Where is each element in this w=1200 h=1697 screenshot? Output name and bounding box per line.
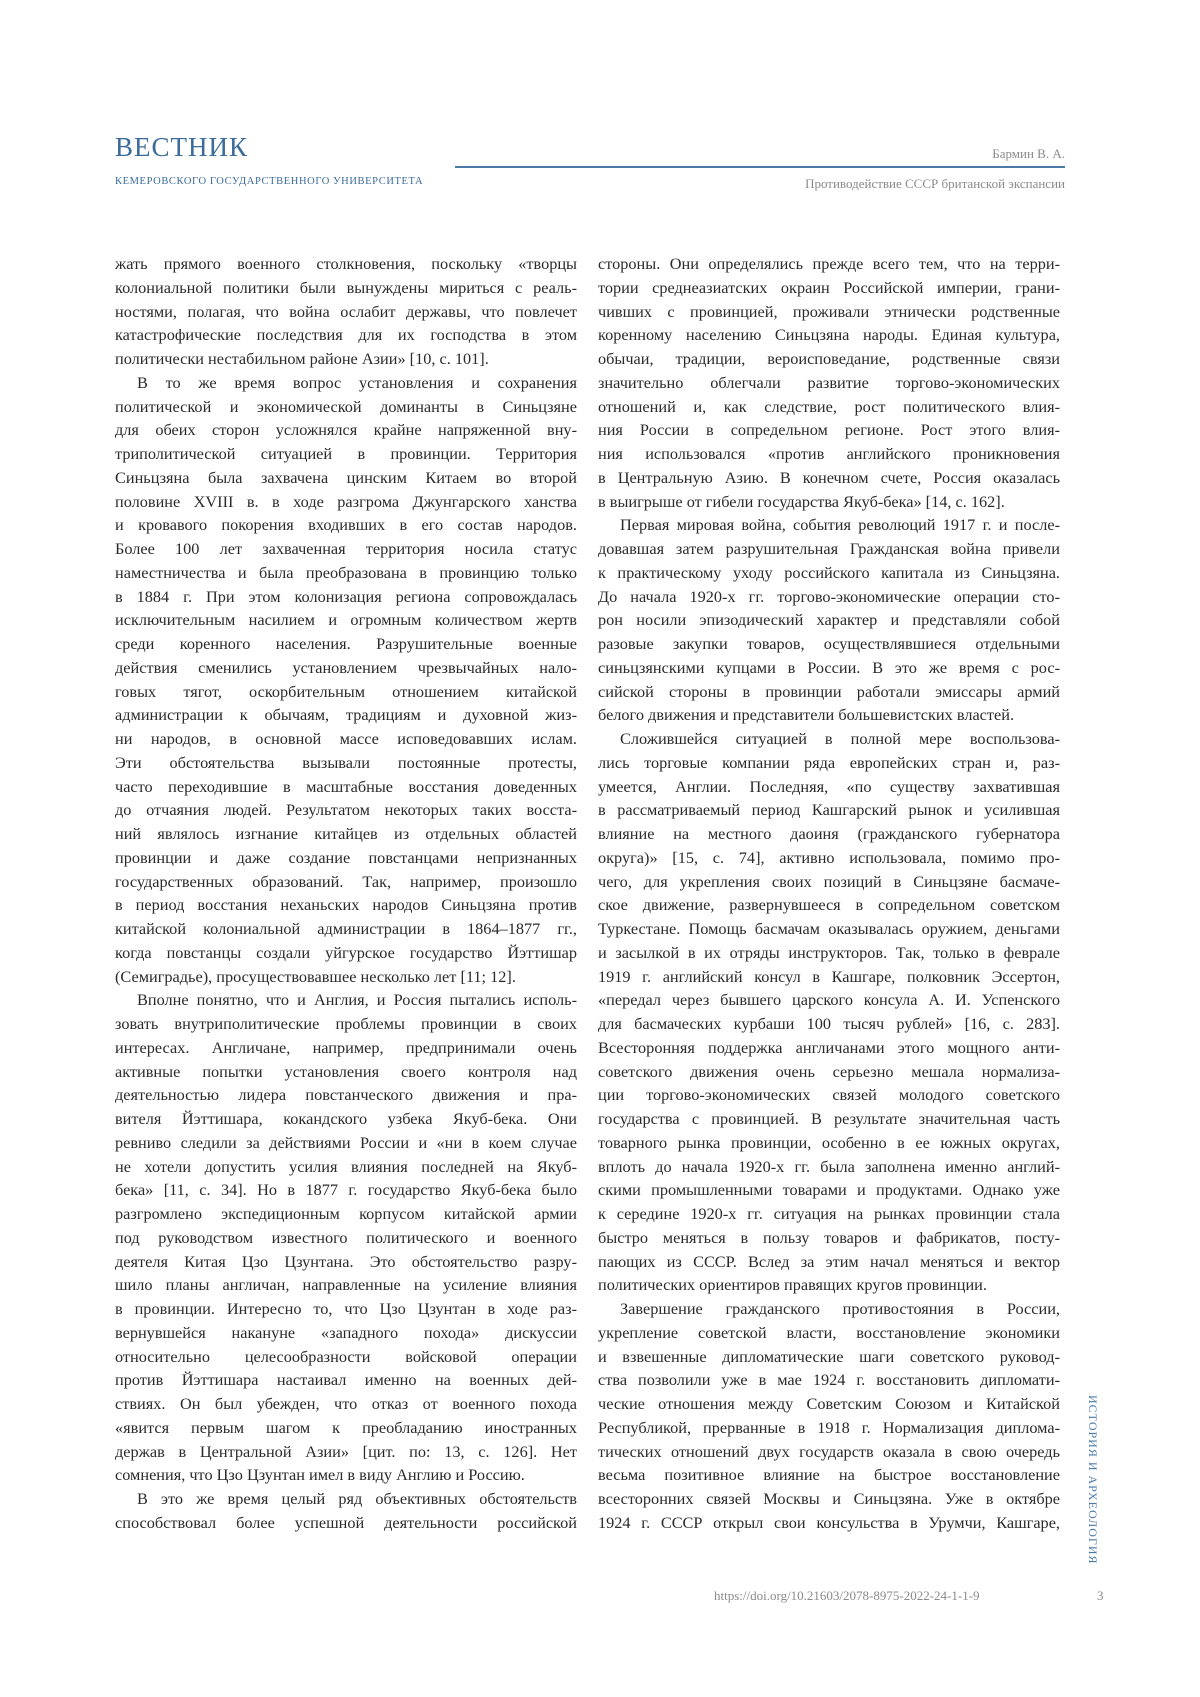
text-line: округа)» [15, с. 74], активно использова… xyxy=(598,846,1060,870)
text-line: быстро меняться в пользу товаров и фабри… xyxy=(598,1226,1060,1250)
header-divider xyxy=(455,166,1065,168)
text-line: Республикой, прерванные в 1918 г. Нормал… xyxy=(598,1416,1060,1440)
text-line: сомнения, что Цзо Цзунтан имел в виду Ан… xyxy=(115,1463,577,1487)
text-line: коренному населению Синьцзяна народы. Ед… xyxy=(598,323,1060,347)
text-line: триполитической ситуацией в провинции. Т… xyxy=(115,442,577,466)
text-line: сийской стороны в провинции работали эми… xyxy=(598,680,1060,704)
text-line: для обеих сторон усложнялся крайне напря… xyxy=(115,418,577,442)
text-line: влияние на местного даоиня (гражданского… xyxy=(598,822,1060,846)
text-line: среди коренного населения. Разрушительны… xyxy=(115,632,577,656)
text-line: разгромлено экспедиционным корпусом кита… xyxy=(115,1202,577,1226)
text-line: интересах. Англичане, например, предприн… xyxy=(115,1036,577,1060)
text-line: относительно целесообразности войсковой … xyxy=(115,1345,577,1369)
body-column-right: стороны. Они определялись прежде всего т… xyxy=(598,252,1060,1535)
text-line: активные попытки установления своего кон… xyxy=(115,1060,577,1084)
text-line: ревниво следили за действиями России и «… xyxy=(115,1131,577,1155)
text-line: лись торговые компании ряда европейских … xyxy=(598,751,1060,775)
text-line: колониальной политики были вынуждены мир… xyxy=(115,276,577,300)
text-line: исключительным насилием и огромным колич… xyxy=(115,608,577,632)
text-line: ствиях. Он был убежден, что отказ от вое… xyxy=(115,1392,577,1416)
text-line: Синьцзяна была захвачена цинским Китаем … xyxy=(115,466,577,490)
running-head-article-title: Противодействие СССР британской экспанси… xyxy=(805,176,1065,192)
text-line: против Йэттишара настаивал именно на вое… xyxy=(115,1368,577,1392)
text-line: и засылкой в их отряды инструкторов. Так… xyxy=(598,941,1060,965)
text-line: в провинции. Интересно то, что Цзо Цзунт… xyxy=(115,1297,577,1321)
text-line: ностями, полагая, что война ослабит держ… xyxy=(115,300,577,324)
text-line: «передал через бывшего царского консула … xyxy=(598,988,1060,1012)
text-line: (Семиградье), просуществовавшее нескольк… xyxy=(115,965,577,989)
text-line: политической и экономической доминанты в… xyxy=(115,395,577,419)
text-line: 1919 г. английский консул в Кашгаре, пол… xyxy=(598,965,1060,989)
text-line: и взвешенные дипломатические шаги советс… xyxy=(598,1345,1060,1369)
text-line: вплоть до начала 1920-х гг. была заполне… xyxy=(598,1155,1060,1179)
text-line: значительно облегчали развитие торгово-э… xyxy=(598,371,1060,395)
text-line: к середине 1920-х гг. ситуация на рынках… xyxy=(598,1202,1060,1226)
running-head-author: Бармин В. А. xyxy=(992,146,1065,162)
text-line: до отчаяния людей. Результатом некоторых… xyxy=(115,798,577,822)
text-line: всесторонних связей Москвы и Синьцзяна. … xyxy=(598,1487,1060,1511)
text-line: ния использовался «против английского пр… xyxy=(598,442,1060,466)
text-line: деятельностью лидера повстанческого движ… xyxy=(115,1083,577,1107)
text-line: китайской колониальной администрации в 1… xyxy=(115,917,577,941)
text-line: держав в Центральной Азии» [цит. по: 13,… xyxy=(115,1440,577,1464)
text-line: зовать внутриполитические проблемы прови… xyxy=(115,1012,577,1036)
text-line: ний являлось изгнание китайцев из отдель… xyxy=(115,822,577,846)
text-line: рон носили эпизодический характер и пред… xyxy=(598,608,1060,632)
text-line: Завершение гражданского противостояния в… xyxy=(598,1297,1060,1321)
text-line: в выигрыше от гибели государства Якуб-бе… xyxy=(598,490,1060,514)
text-line: товарного рынка провинции, особенно в ее… xyxy=(598,1131,1060,1155)
text-line: До начала 1920-х гг. торгово-экономическ… xyxy=(598,585,1060,609)
text-line: отношений и, как следствие, рост политич… xyxy=(598,395,1060,419)
text-line: шило планы англичан, направленные на уси… xyxy=(115,1273,577,1297)
page-number: 3 xyxy=(1097,1588,1104,1604)
text-line: Сложившейся ситуацией в полной мере восп… xyxy=(598,727,1060,751)
text-line: государственных образований. Так, наприм… xyxy=(115,870,577,894)
section-side-label: ИСТОРИЯ И АРХЕОЛОГИЯ xyxy=(1085,1395,1100,1564)
text-line: и кровавого покорения входивших в его со… xyxy=(115,513,577,537)
text-line: катастрофические последствия для их госп… xyxy=(115,323,577,347)
text-line: стороны. Они определялись прежде всего т… xyxy=(598,252,1060,276)
text-line: Туркестане. Помощь басмачам оказывалась … xyxy=(598,917,1060,941)
text-line: в 1884 г. При этом колонизация региона с… xyxy=(115,585,577,609)
text-line: говых тягот, оскорбительным отношением к… xyxy=(115,680,577,704)
text-line: часто переходившие в масштабные восстани… xyxy=(115,775,577,799)
text-line: тических отношений двух государств оказа… xyxy=(598,1440,1060,1464)
text-line: для басмаческих курбаши 100 тысяч рублей… xyxy=(598,1012,1060,1036)
text-line: ства позволили уже в мае 1924 г. восстан… xyxy=(598,1368,1060,1392)
text-line: В это же время целый ряд объективных обс… xyxy=(115,1487,577,1511)
text-line: укрепление советской власти, восстановле… xyxy=(598,1321,1060,1345)
text-line: способствовал более успешной деятельност… xyxy=(115,1511,577,1535)
text-line: к практическому уходу российского капита… xyxy=(598,561,1060,585)
text-line: жать прямого военного столкновения, поск… xyxy=(115,252,577,276)
text-line: советского движения очень серьезно мешал… xyxy=(598,1060,1060,1084)
text-line: половине XVIII в. в ходе разгрома Джунга… xyxy=(115,490,577,514)
text-line: Эти обстоятельства вызывали постоянные п… xyxy=(115,751,577,775)
text-line: деятеля Китая Цзо Цзунтана. Это обстояте… xyxy=(115,1250,577,1274)
text-line: обычаи, традиции, вероисповедание, родст… xyxy=(598,347,1060,371)
text-line: бека» [11, с. 34]. Но в 1877 г. государс… xyxy=(115,1178,577,1202)
text-line: наместничества и была преобразована в пр… xyxy=(115,561,577,585)
text-line: ческие отношения между Советским Союзом … xyxy=(598,1392,1060,1416)
text-line: администрации к обычаям, традициям и дух… xyxy=(115,703,577,727)
text-line: разовые закупки товаров, осуществлявшиес… xyxy=(598,632,1060,656)
text-line: ния России в сопредельном регионе. Рост … xyxy=(598,418,1060,442)
doi-link[interactable]: https://doi.org/10.21603/2078-8975-2022-… xyxy=(714,1588,980,1604)
text-line: ции торгово-экономических связей молодог… xyxy=(598,1083,1060,1107)
text-line: чивших с провинцией, проживали этнически… xyxy=(598,300,1060,324)
text-line: В то же время вопрос установления и сохр… xyxy=(115,371,577,395)
text-line: Более 100 лет захваченная территория нос… xyxy=(115,537,577,561)
text-line: умеется, Англии. Последняя, «по существу… xyxy=(598,775,1060,799)
text-line: Вполне понятно, что и Англия, и Россия п… xyxy=(115,988,577,1012)
text-line: белого движения и представители большеви… xyxy=(598,703,1060,727)
text-line: под руководством известного политическог… xyxy=(115,1226,577,1250)
text-line: в рассматриваемый период Кашгарский рыно… xyxy=(598,798,1060,822)
text-line: весьма позитивное влияние на быстрое вос… xyxy=(598,1463,1060,1487)
journal-title: ВЕСТНИК xyxy=(115,134,248,161)
text-line: государства с провинцией. В результате з… xyxy=(598,1107,1060,1131)
text-line: «явится первым шагом к преобладанию инос… xyxy=(115,1416,577,1440)
text-line: не хотели допустить усилия влияния после… xyxy=(115,1155,577,1179)
text-line: довавшая затем разрушительная Гражданска… xyxy=(598,537,1060,561)
text-line: политических ориентиров правящих кругов … xyxy=(598,1273,1060,1297)
text-line: политически нестабильном районе Азии» [1… xyxy=(115,347,577,371)
text-line: когда повстанцы создали уйгурское госуда… xyxy=(115,941,577,965)
text-line: синьцзянскими купцами в России. В это же… xyxy=(598,656,1060,680)
text-line: скими промышленными товарами и продуктам… xyxy=(598,1178,1060,1202)
text-line: Первая мировая война, события революций … xyxy=(598,513,1060,537)
text-line: в Центральную Азию. В конечном счете, Ро… xyxy=(598,466,1060,490)
text-line: пающих из СССР. Вслед за этим начал меня… xyxy=(598,1250,1060,1274)
text-line: чего, для укрепления своих позиций в Син… xyxy=(598,870,1060,894)
text-line: вернувшейся накануне «западного похода» … xyxy=(115,1321,577,1345)
text-line: тории среднеазиатских окраин Российской … xyxy=(598,276,1060,300)
text-line: Всесторонняя поддержка англичанами этого… xyxy=(598,1036,1060,1060)
body-column-left: жать прямого военного столкновения, поск… xyxy=(115,252,577,1535)
journal-subtitle: КЕМЕРОВСКОГО ГОСУДАРСТВЕННОГО УНИВЕРСИТЕ… xyxy=(115,177,423,188)
text-line: провинции и даже создание повстанцами не… xyxy=(115,846,577,870)
text-line: ское движение, развернувшееся в сопредел… xyxy=(598,893,1060,917)
text-line: действия сменились установлением чрезвыч… xyxy=(115,656,577,680)
text-line: ни народов, в основной массе исповедовав… xyxy=(115,727,577,751)
text-line: вителя Йэттишара, кокандского узбека Яку… xyxy=(115,1107,577,1131)
text-line: 1924 г. СССР открыл свои консульства в У… xyxy=(598,1511,1060,1535)
text-line: в период восстания неханьских народов Си… xyxy=(115,893,577,917)
